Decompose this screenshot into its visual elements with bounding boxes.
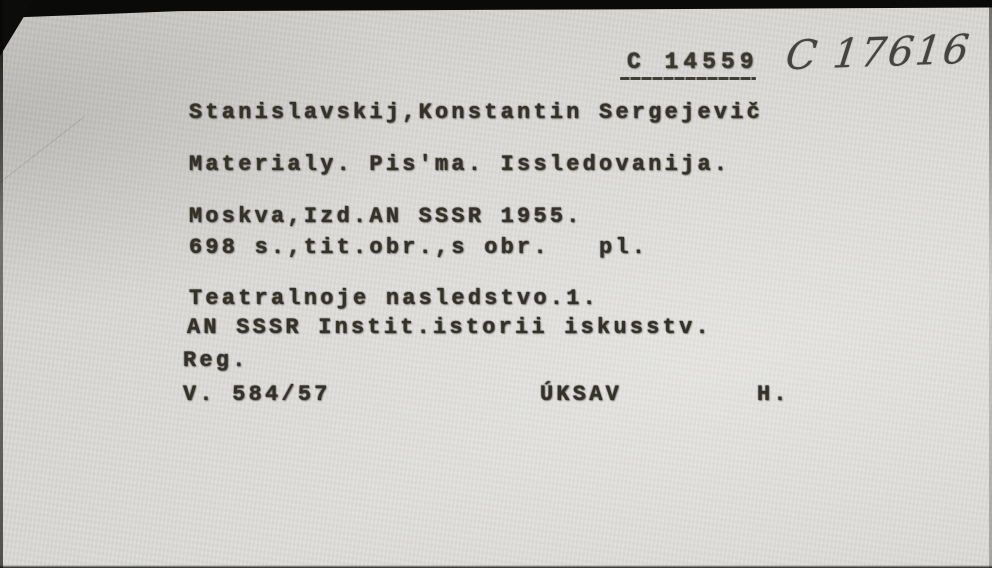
paper-fold-line (0, 116, 85, 185)
author-line: Stanislavskij,Konstantin Sergejevič (189, 100, 763, 125)
call-number-handwritten: C 17616 (783, 27, 973, 80)
scan-edge-top (0, 0, 992, 18)
collation-line: 698 s.,tit.obr.,s obr. pl. (189, 235, 648, 260)
imprint-line: Moskva,Izd.AN SSSR 1955. (189, 204, 583, 229)
holding-letter: H. (757, 382, 790, 407)
title-line: Materialy. Pis'ma. Issledovanija. (189, 152, 730, 177)
corporate-body-line: AN SSSR Instit.istorii iskusstv. (187, 315, 712, 340)
call-number-underline (620, 77, 756, 80)
scan-edge-corner (0, 0, 34, 56)
library-stamp: ÚKSAV (540, 382, 622, 407)
registration-label: Reg. (183, 348, 249, 373)
catalog-card: C 14559 C 17616 Stanislavskij,Konstantin… (0, 0, 992, 568)
call-number-typed: C 14559 (627, 49, 759, 75)
accession-number: V. 584/57 (183, 382, 331, 407)
series-line: Teatralnoje nasledstvo.1. (189, 286, 599, 311)
scan-edge-left (0, 0, 3, 568)
scanned-catalog-card-page: C 14559 C 17616 Stanislavskij,Konstantin… (0, 0, 992, 568)
